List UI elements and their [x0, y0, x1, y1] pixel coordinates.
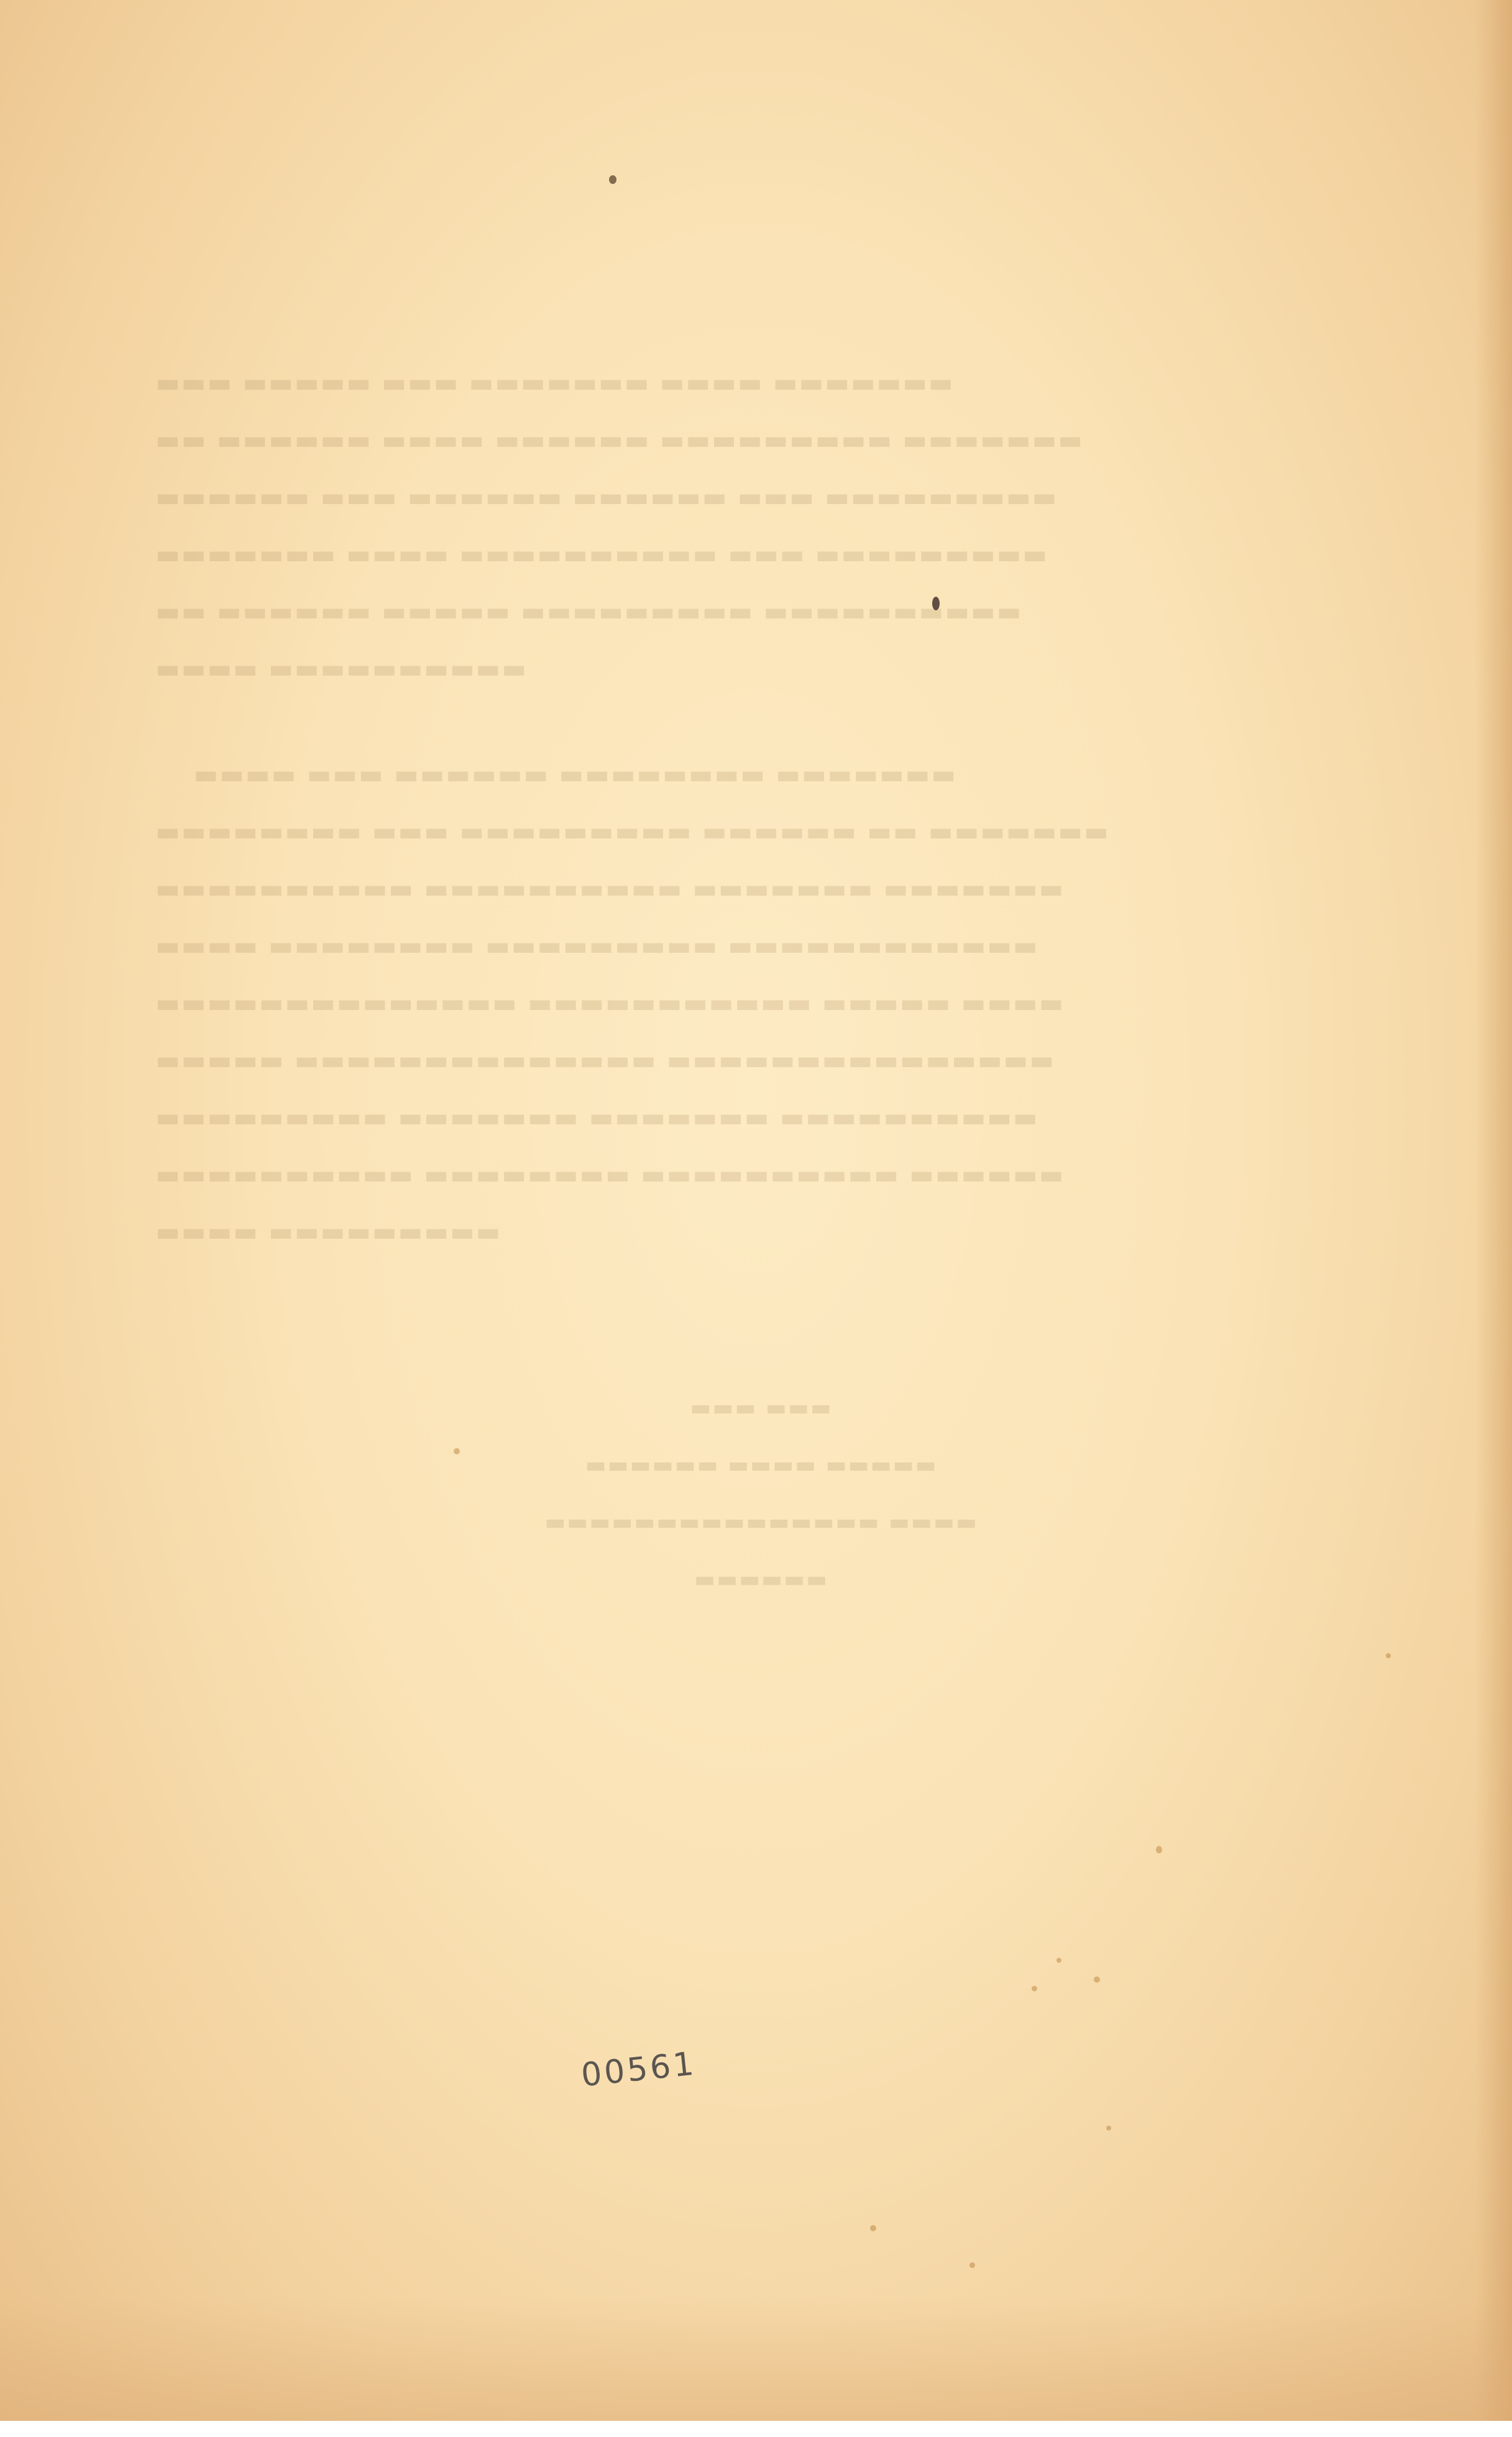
page-edge-shadow — [1475, 0, 1512, 2421]
foxing-spot — [1032, 1986, 1037, 1991]
foxing-spot — [1094, 1976, 1100, 1983]
foxing-spot — [1056, 1958, 1061, 1963]
foxing-spot — [1156, 1846, 1162, 1853]
foxing-spot — [969, 2262, 975, 2268]
handwritten-catalog-number: 00561 — [579, 2045, 698, 2094]
ink-spot — [932, 597, 940, 610]
scanned-page: ▬▬▬ ▬▬▬▬▬ ▬▬▬ ▬▬▬▬▬▬▬ ▬▬▬▬ ▬▬▬▬▬▬▬ ▬▬ ▬▬… — [0, 0, 1512, 2421]
foxing-spot — [870, 2225, 876, 2231]
foxing-spot — [1386, 1653, 1391, 1658]
bleed-through-paragraph-1: ▬▬▬ ▬▬▬▬▬ ▬▬▬ ▬▬▬▬▬▬▬ ▬▬▬▬ ▬▬▬▬▬▬▬ ▬▬ ▬▬… — [155, 354, 1367, 697]
ink-spot — [609, 175, 616, 184]
foxing-spot — [1106, 2126, 1111, 2131]
bleed-through-paragraph-2: ▬▬▬▬ ▬▬▬ ▬▬▬▬▬▬ ▬▬▬▬▬▬▬▬ ▬▬▬▬▬▬▬ ▬▬▬▬▬▬▬… — [155, 746, 1367, 1260]
foxing-spot — [454, 1448, 460, 1454]
bleed-through-footer: ▬▬▬ ▬▬▬ ▬▬▬▬▬▬ ▬▬▬▬ ▬▬▬▬▬ ▬▬▬▬▬▬▬▬▬▬▬▬▬▬… — [155, 1380, 1367, 1609]
